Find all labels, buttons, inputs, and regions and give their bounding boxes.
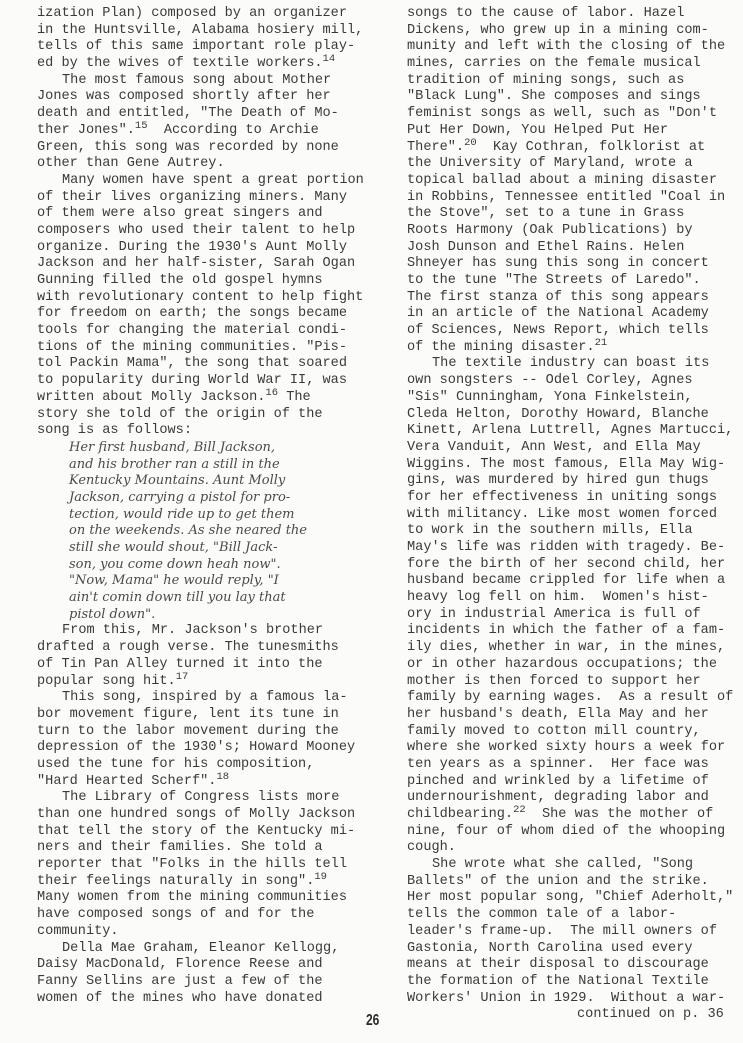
footnote-ref: 22 <box>513 804 526 816</box>
line-text: The first stanza of this song appears <box>407 290 709 305</box>
line-text: other than Gene Autrey. <box>37 156 225 171</box>
line-text: their feelings naturally in song". <box>37 874 314 889</box>
line-text: Wiggins. The most famous, Ella May Wig- <box>407 457 725 472</box>
text-line: tions of the mining communities. "Pis- <box>37 340 364 357</box>
line-text: drafted a rough verse. The tunesmiths <box>37 640 339 655</box>
line-text-continued: According to Archie <box>148 123 319 138</box>
line-text: This song, inspired by a famous la- <box>62 690 348 705</box>
text-line: mother is then forced to support her <box>407 674 733 691</box>
line-text: Gastonia, North Carolina used every <box>407 941 693 956</box>
line-text: heavy log fell on him. Women's hist- <box>407 590 709 605</box>
text-line: her husband's death, Ella May and her <box>407 707 733 724</box>
line-text: to the tune "The Streets of Laredo". <box>407 273 701 288</box>
line-text-continued: The <box>278 390 311 405</box>
text-line: Green, this song was recorded by none <box>37 140 364 157</box>
text-line: Workers' Union in 1929. Without a war- <box>407 991 733 1008</box>
line-text: leader's frame-up. The mill owners of <box>407 924 717 939</box>
text-line: than one hundred songs of Molly Jackson <box>37 807 364 824</box>
text-line: the Stove", set to a tune in Grass <box>407 206 733 223</box>
line-text: "Sis" Cunningham, Yona Finkelstein, <box>407 390 693 405</box>
line-text: Ballets" of the union and the strike. <box>407 874 709 889</box>
footnote-ref: 18 <box>216 771 229 783</box>
text-line: topical ballad about a mining disaster <box>407 173 733 190</box>
line-text: with militancy. Like most women forced <box>407 507 717 522</box>
text-line: tol Packin Mama", the song that soared <box>37 356 364 373</box>
text-line: From this, Mr. Jackson's brother <box>37 623 364 640</box>
text-line: Vera Vanduit, Ann West, and Ella May <box>407 440 733 457</box>
text-line: story she told of the origin of the <box>37 407 364 424</box>
text-line: the University of Maryland, wrote a <box>407 156 733 173</box>
line-text: family moved to cotton mill country, <box>407 724 701 739</box>
line-text: pistol down". <box>69 607 155 622</box>
text-line: ory in industrial America is full of <box>407 607 733 624</box>
text-line: songs to the cause of labor. Hazel <box>407 6 733 23</box>
line-text: There". <box>407 140 464 155</box>
text-line: written about Molly Jackson.16 The <box>37 390 364 407</box>
line-text: tradition of mining songs, such as <box>407 73 684 88</box>
text-line: "Black Lung". She composes and sings <box>407 89 733 106</box>
text-line: Fanny Sellins are just a few of the <box>37 974 364 991</box>
line-text: Cleda Helton, Dorothy Howard, Blanche <box>407 407 709 422</box>
line-text: munity and left with the closing of the <box>407 39 725 54</box>
line-text: Her first husband, Bill Jackson, <box>69 440 275 455</box>
text-line: The most famous song about Mother <box>37 73 364 90</box>
text-line: Wiggins. The most famous, Ella May Wig- <box>407 457 733 474</box>
line-text: on the weekends. As she neared the <box>69 523 307 538</box>
line-text: for her effectiveness in uniting songs <box>407 490 717 505</box>
quote-line: on the weekends. As she neared the <box>37 523 364 540</box>
line-text: own songsters -- Odel Corley, Agnes <box>407 373 693 388</box>
quote-line: Kentucky Mountains. Aunt Molly <box>37 473 364 490</box>
text-line: song is as follows: <box>37 423 364 440</box>
text-line: ization Plan) composed by an organizer <box>37 6 364 23</box>
line-text: tools for changing the material condi- <box>37 323 347 338</box>
line-text: with revolutionary content to help fight <box>37 290 363 305</box>
text-line: Ballets" of the union and the strike. <box>407 874 733 891</box>
text-line: women of the mines who have donated <box>37 991 364 1008</box>
line-text: means at their disposal to discourage <box>407 957 709 972</box>
line-text: tions of the mining communities. "Pis- <box>37 340 347 355</box>
line-text: of their lives organizing miners. Many <box>37 190 347 205</box>
text-line: She wrote what she called, "Song <box>407 857 733 874</box>
line-text: ners and their families. She told a <box>37 840 323 855</box>
line-text: undernourishment, degrading labor and <box>407 790 709 805</box>
line-text: where she worked sixty hours a week for <box>407 740 725 755</box>
line-text: Vera Vanduit, Ann West, and Ella May <box>407 440 701 455</box>
line-text: Workers' Union in 1929. Without a war- <box>407 991 725 1006</box>
line-text: The most famous song about Mother <box>62 73 331 88</box>
line-text: or in other hazardous occupations; the <box>407 657 717 672</box>
line-text: Kinett, Arlena Luttrell, Agnes Martucci, <box>407 423 733 438</box>
line-text: Her most popular song, "Chief Aderholt," <box>407 890 733 905</box>
text-line: of Sciences, News Report, which tells <box>407 323 733 340</box>
text-line: "Sis" Cunningham, Yona Finkelstein, <box>407 390 733 407</box>
line-text: ain't comin down till you lay that <box>69 590 286 605</box>
line-text-continued: Kay Cothran, folklorist at <box>477 140 705 155</box>
text-line: community. <box>37 924 364 941</box>
line-text: Many women from the mining communities <box>37 890 347 905</box>
text-line: Roots Harmony (Oak Publications) by <box>407 223 733 240</box>
line-text: of them were also great singers and <box>37 206 323 221</box>
text-line: family moved to cotton mill country, <box>407 724 733 741</box>
line-text: songs to the cause of labor. Hazel <box>407 6 684 21</box>
quote-line: and his brother ran a still in the <box>37 457 364 474</box>
line-text: Della Mae Graham, Eleanor Kellogg, <box>62 941 339 956</box>
text-line: composers who used their talent to help <box>37 223 364 240</box>
line-text: family by earning wages. As a result of <box>407 690 733 705</box>
text-line: husband became crippled for life when a <box>407 573 733 590</box>
line-text: and his brother ran a still in the <box>69 457 280 472</box>
text-line: leader's frame-up. The mill owners of <box>407 924 733 941</box>
text-line: ed by the wives of textile workers.14 <box>37 56 364 73</box>
line-text: tol Packin Mama", the song that soared <box>37 356 347 371</box>
text-line: bor movement figure, lent its tune in <box>37 707 364 724</box>
line-text-continued: She was the mother of <box>526 807 714 822</box>
line-text: Fanny Sellins are just a few of the <box>37 974 323 989</box>
text-line: means at their disposal to discourage <box>407 957 733 974</box>
footnote-ref: 17 <box>176 671 189 683</box>
line-text: Josh Dunson and Ethel Rains. Helen <box>407 240 684 255</box>
line-text: in an article of the National Academy <box>407 306 709 321</box>
text-line: to the tune "The Streets of Laredo". <box>407 273 733 290</box>
line-text: organize. During the 1930's Aunt Molly <box>37 240 347 255</box>
text-line: for her effectiveness in uniting songs <box>407 490 733 507</box>
footnote-ref: 15 <box>135 120 148 132</box>
text-line: ther Jones".15 According to Archie <box>37 123 364 140</box>
text-line: to work in the southern mills, Ella <box>407 523 733 540</box>
line-text: ed by the wives of textile workers. <box>37 56 323 71</box>
text-line: Shneyer has sung this song in concert <box>407 256 733 273</box>
text-line: cough. <box>407 840 733 857</box>
text-line: "Hard Hearted Scherf".18 <box>37 774 364 791</box>
text-line: organize. During the 1930's Aunt Molly <box>37 240 364 257</box>
line-text: nine, four of whom died of the whooping <box>407 824 725 839</box>
text-line: heavy log fell on him. Women's hist- <box>407 590 733 607</box>
quote-line: ain't comin down till you lay that <box>37 590 364 607</box>
continued-note: continued on p. 36 <box>407 1007 733 1024</box>
line-text: for freedom on earth; the songs became <box>37 306 347 321</box>
line-text: used the tune for his composition, <box>37 757 314 772</box>
text-line: Gunning filled the old gospel hymns <box>37 273 364 290</box>
line-text: childbearing. <box>407 807 513 822</box>
line-text: Dickens, who grew up in a mining com- <box>407 23 709 38</box>
line-text: in Robbins, Tennessee entitled "Coal in <box>407 190 725 205</box>
quote-line: son, you come down heah now". <box>37 557 364 574</box>
text-line: undernourishment, degrading labor and <box>407 790 733 807</box>
text-line: Della Mae Graham, Eleanor Kellogg, <box>37 941 364 958</box>
text-line: of them were also great singers and <box>37 206 364 223</box>
footnote-ref: 21 <box>595 337 608 349</box>
line-text: the University of Maryland, wrote a <box>407 156 693 171</box>
quote-line: Her first husband, Bill Jackson, <box>37 440 364 457</box>
text-line: family by earning wages. As a result of <box>407 690 733 707</box>
text-line: tools for changing the material condi- <box>37 323 364 340</box>
line-text: Jones was composed shortly after her <box>37 89 331 104</box>
quote-line: tection, would ride up to get them <box>37 507 364 524</box>
line-text: of Sciences, News Report, which tells <box>407 323 709 338</box>
text-line: of the mining disaster.21 <box>407 340 733 357</box>
text-line: turn to the labor movement during the <box>37 724 364 741</box>
line-text: popular song hit. <box>37 674 176 689</box>
footnote-ref: 16 <box>265 387 278 399</box>
text-line: There".20 Kay Cothran, folklorist at <box>407 140 733 157</box>
line-text: depression of the 1930's; Howard Mooney <box>37 740 355 755</box>
line-text: Roots Harmony (Oak Publications) by <box>407 223 693 238</box>
text-line: with revolutionary content to help fight <box>37 290 364 307</box>
text-line: ten years as a spinner. Her face was <box>407 757 733 774</box>
line-text: song is as follows: <box>37 423 192 438</box>
line-text: May's life was ridden with tragedy. Be- <box>407 540 725 555</box>
line-text: The Library of Congress lists more <box>62 790 339 805</box>
text-line: Put Her Down, You Helped Put Her <box>407 123 733 140</box>
right-column: songs to the cause of labor. HazelDicken… <box>407 6 733 1024</box>
line-text: Many women have spent a great portion <box>62 173 364 188</box>
text-line: in the Huntsville, Alabama hosiery mill, <box>37 23 364 40</box>
line-text: "Black Lung". She composes and sings <box>407 89 701 104</box>
line-text: gins, was murdered by hired gun thugs <box>407 473 709 488</box>
text-line: death and entitled, "The Death of Mo- <box>37 106 364 123</box>
line-text: Daisy MacDonald, Florence Reese and <box>37 957 323 972</box>
text-line: fore the birth of her second child, her <box>407 557 733 574</box>
text-line: The Library of Congress lists more <box>37 790 364 807</box>
footnote-ref: 19 <box>314 871 327 883</box>
text-line: where she worked sixty hours a week for <box>407 740 733 757</box>
line-text: that tell the story of the Kentucky mi- <box>37 824 355 839</box>
line-text: Gunning filled the old gospel hymns <box>37 273 323 288</box>
line-text: Jackson and her half-sister, Sarah Ogan <box>37 256 355 271</box>
line-text: pinched and wrinkled by a lifetime of <box>407 774 709 789</box>
text-line: ily dies, whether in war, in the mines, <box>407 640 733 657</box>
footnote-ref: 20 <box>464 137 477 149</box>
line-text: women of the mines who have donated <box>37 991 323 1006</box>
text-line: Many women have spent a great portion <box>37 173 364 190</box>
text-line: tradition of mining songs, such as <box>407 73 733 90</box>
text-line: tells of this same important role play- <box>37 39 364 56</box>
line-text: story she told of the origin of the <box>37 407 323 422</box>
line-text: tection, would ride up to get them <box>69 507 295 522</box>
line-text: reporter that "Folks in the hills tell <box>37 857 347 872</box>
text-line: mines, carries on the female musical <box>407 56 733 73</box>
line-text: son, you come down heah now". <box>69 557 281 572</box>
line-text: ther Jones". <box>37 123 135 138</box>
text-line: gins, was murdered by hired gun thugs <box>407 473 733 490</box>
line-text: tells of this same important role play- <box>37 39 355 54</box>
line-text: feminist songs as well, such as "Don't <box>407 106 717 121</box>
line-text: tells the common tale of a labor- <box>407 907 676 922</box>
line-text: fore the birth of her second child, her <box>407 557 725 572</box>
line-text: She wrote what she called, "Song <box>432 857 693 872</box>
line-text: written about Molly Jackson. <box>37 390 265 405</box>
text-line: in an article of the National Academy <box>407 306 733 323</box>
text-line: incidents in which the father of a fam- <box>407 623 733 640</box>
text-line: of Tin Pan Alley turned it into the <box>37 657 364 674</box>
quote-line: still she would shout, "Bill Jack- <box>37 540 364 557</box>
text-line: the formation of the National Textile <box>407 974 733 991</box>
text-line: depression of the 1930's; Howard Mooney <box>37 740 364 757</box>
text-line: have composed songs of and for the <box>37 907 364 924</box>
text-line: with militancy. Like most women forced <box>407 507 733 524</box>
line-text: to work in the southern mills, Ella <box>407 523 693 538</box>
text-line: Dickens, who grew up in a mining com- <box>407 23 733 40</box>
line-text: ory in industrial America is full of <box>407 607 701 622</box>
footnote-ref: 14 <box>323 53 336 65</box>
quote-line: Jackson, carrying a pistol for pro- <box>37 490 364 507</box>
text-line: May's life was ridden with tragedy. Be- <box>407 540 733 557</box>
line-text: Green, this song was recorded by none <box>37 140 339 155</box>
line-text: still she would shout, "Bill Jack- <box>69 540 277 555</box>
line-text: topical ballad about a mining disaster <box>407 173 717 188</box>
line-text: community. <box>37 924 119 939</box>
text-line: drafted a rough verse. The tunesmiths <box>37 640 364 657</box>
text-line: used the tune for his composition, <box>37 757 364 774</box>
line-text: mines, carries on the female musical <box>407 56 701 71</box>
quote-line: "Now, Mama" he would reply, "I <box>37 573 364 590</box>
text-line: Josh Dunson and Ethel Rains. Helen <box>407 240 733 257</box>
text-line: other than Gene Autrey. <box>37 156 364 173</box>
text-line: childbearing.22 She was the mother of <box>407 807 733 824</box>
line-text: incidents in which the father of a fam- <box>407 623 725 638</box>
left-column: ization Plan) composed by an organizerin… <box>37 6 364 1007</box>
text-line: of their lives organizing miners. Many <box>37 190 364 207</box>
line-text: in the Huntsville, Alabama hosiery mill, <box>37 23 363 38</box>
line-text: composers who used their talent to help <box>37 223 355 238</box>
text-line: to popularity during World War II, was <box>37 373 364 390</box>
text-line: tells the common tale of a labor- <box>407 907 733 924</box>
text-line: This song, inspired by a famous la- <box>37 690 364 707</box>
text-line: or in other hazardous occupations; the <box>407 657 733 674</box>
text-line: for freedom on earth; the songs became <box>37 306 364 323</box>
line-text: Jackson, carrying a pistol for pro- <box>69 490 290 505</box>
text-line: nine, four of whom died of the whooping <box>407 824 733 841</box>
text-line: Jackson and her half-sister, Sarah Ogan <box>37 256 364 273</box>
text-line: Gastonia, North Carolina used every <box>407 941 733 958</box>
line-text: bor movement figure, lent its tune in <box>37 707 339 722</box>
text-line: own songsters -- Odel Corley, Agnes <box>407 373 733 390</box>
line-text: death and entitled, "The Death of Mo- <box>37 106 339 121</box>
line-text: ization Plan) composed by an organizer <box>37 6 347 21</box>
line-text: "Now, Mama" he would reply, "I <box>69 573 279 588</box>
text-line: pinched and wrinkled by a lifetime of <box>407 774 733 791</box>
line-text: ten years as a spinner. Her face was <box>407 757 709 772</box>
line-text: ily dies, whether in war, in the mines, <box>407 640 725 655</box>
text-line: that tell the story of the Kentucky mi- <box>37 824 364 841</box>
line-text: turn to the labor movement during the <box>37 724 339 739</box>
line-text: husband became crippled for life when a <box>407 573 725 588</box>
text-line: popular song hit.17 <box>37 674 364 691</box>
line-text: mother is then forced to support her <box>407 674 701 689</box>
line-text: than one hundred songs of Molly Jackson <box>37 807 355 822</box>
text-line: Kinett, Arlena Luttrell, Agnes Martucci, <box>407 423 733 440</box>
line-text: to popularity during World War II, was <box>37 373 347 388</box>
line-text: Shneyer has sung this song in concert <box>407 256 709 271</box>
line-text: the Stove", set to a tune in Grass <box>407 206 684 221</box>
line-text: her husband's death, Ella May and her <box>407 707 709 722</box>
line-text: of the mining disaster. <box>407 340 595 355</box>
text-line: The textile industry can boast its <box>407 356 733 373</box>
line-text: Kentucky Mountains. Aunt Molly <box>69 473 285 488</box>
page-number: 26 <box>366 1012 379 1030</box>
line-text: Put Her Down, You Helped Put Her <box>407 123 668 138</box>
quote-line: pistol down". <box>37 607 364 624</box>
line-text: the formation of the National Textile <box>407 974 709 989</box>
line-text: have composed songs of and for the <box>37 907 314 922</box>
text-line: in Robbins, Tennessee entitled "Coal in <box>407 190 733 207</box>
line-text: "Hard Hearted Scherf". <box>37 774 216 789</box>
text-line: Jones was composed shortly after her <box>37 89 364 106</box>
line-text: From this, Mr. Jackson's brother <box>62 623 323 638</box>
text-line: their feelings naturally in song".19 <box>37 874 364 891</box>
text-line: ners and their families. She told a <box>37 840 364 857</box>
text-line: Cleda Helton, Dorothy Howard, Blanche <box>407 407 733 424</box>
text-line: munity and left with the closing of the <box>407 39 733 56</box>
text-line: Daisy MacDonald, Florence Reese and <box>37 957 364 974</box>
text-line: Many women from the mining communities <box>37 890 364 907</box>
line-text: The textile industry can boast its <box>432 356 709 371</box>
text-line: feminist songs as well, such as "Don't <box>407 106 733 123</box>
line-text: cough. <box>407 840 456 855</box>
text-line: The first stanza of this song appears <box>407 290 733 307</box>
text-line: Her most popular song, "Chief Aderholt," <box>407 890 733 907</box>
